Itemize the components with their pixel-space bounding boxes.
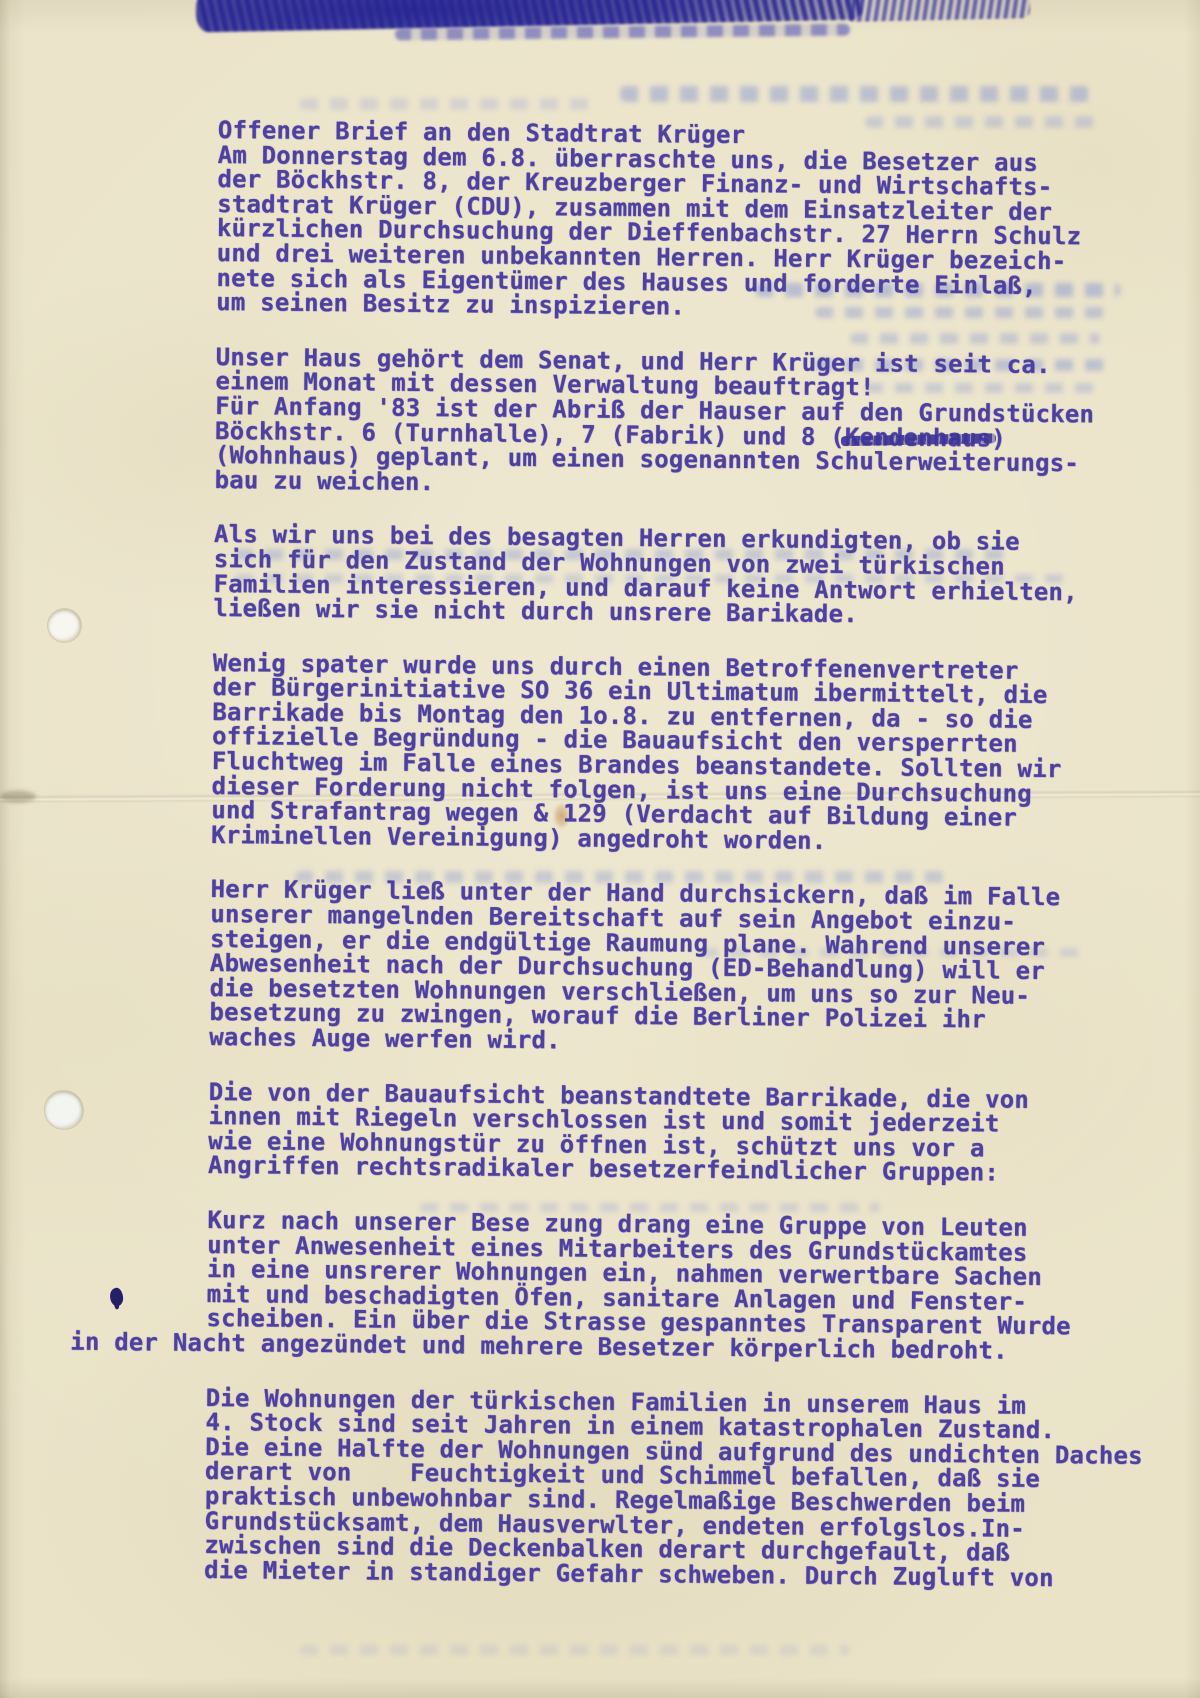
scanned-letter-page: Offener Brief an den Stadtrat KrügerAm D… (0, 0, 1200, 1698)
paragraph-7: Kurz nach unserer Bese zung drang eine G… (206, 1208, 1167, 1365)
paragraph-5: Herr Krüger ließ unter der Hand durchsic… (209, 877, 1171, 1058)
blue-scribble-hatching (846, 0, 1031, 22)
paragraph-6: Die von der Bauaufsicht beanstandtete Ba… (208, 1080, 1169, 1188)
paragraph-1: Offener Brief an den Stadtrat KrügerAm D… (216, 118, 1178, 324)
ink-bleed-mark (300, 1645, 850, 1655)
struck-out-word: Kendenhaus (845, 425, 992, 451)
paragraph-4: Wenig spater wurde uns durch einen Betro… (211, 651, 1173, 857)
ink-bleed-mark (300, 98, 600, 110)
punch-hole-bottom (45, 1091, 83, 1129)
ink-blot (108, 1287, 125, 1308)
paragraph-2: Unser Haus gehört dem Senat, und Herr Kr… (214, 345, 1175, 502)
ink-bleed-mark (620, 86, 1090, 102)
paragraph-8: Die Wohnungen der türkischen Familien in… (204, 1385, 1166, 1591)
letter-body: Offener Brief an den Stadtrat KrügerAm D… (204, 118, 1178, 1621)
blue-scribble-redaction (196, 0, 865, 32)
blue-scribble-underline (395, 24, 850, 41)
punch-hole-top (48, 609, 81, 642)
paragraph-3: Als wir uns bei des besagten Herren erku… (213, 522, 1174, 630)
